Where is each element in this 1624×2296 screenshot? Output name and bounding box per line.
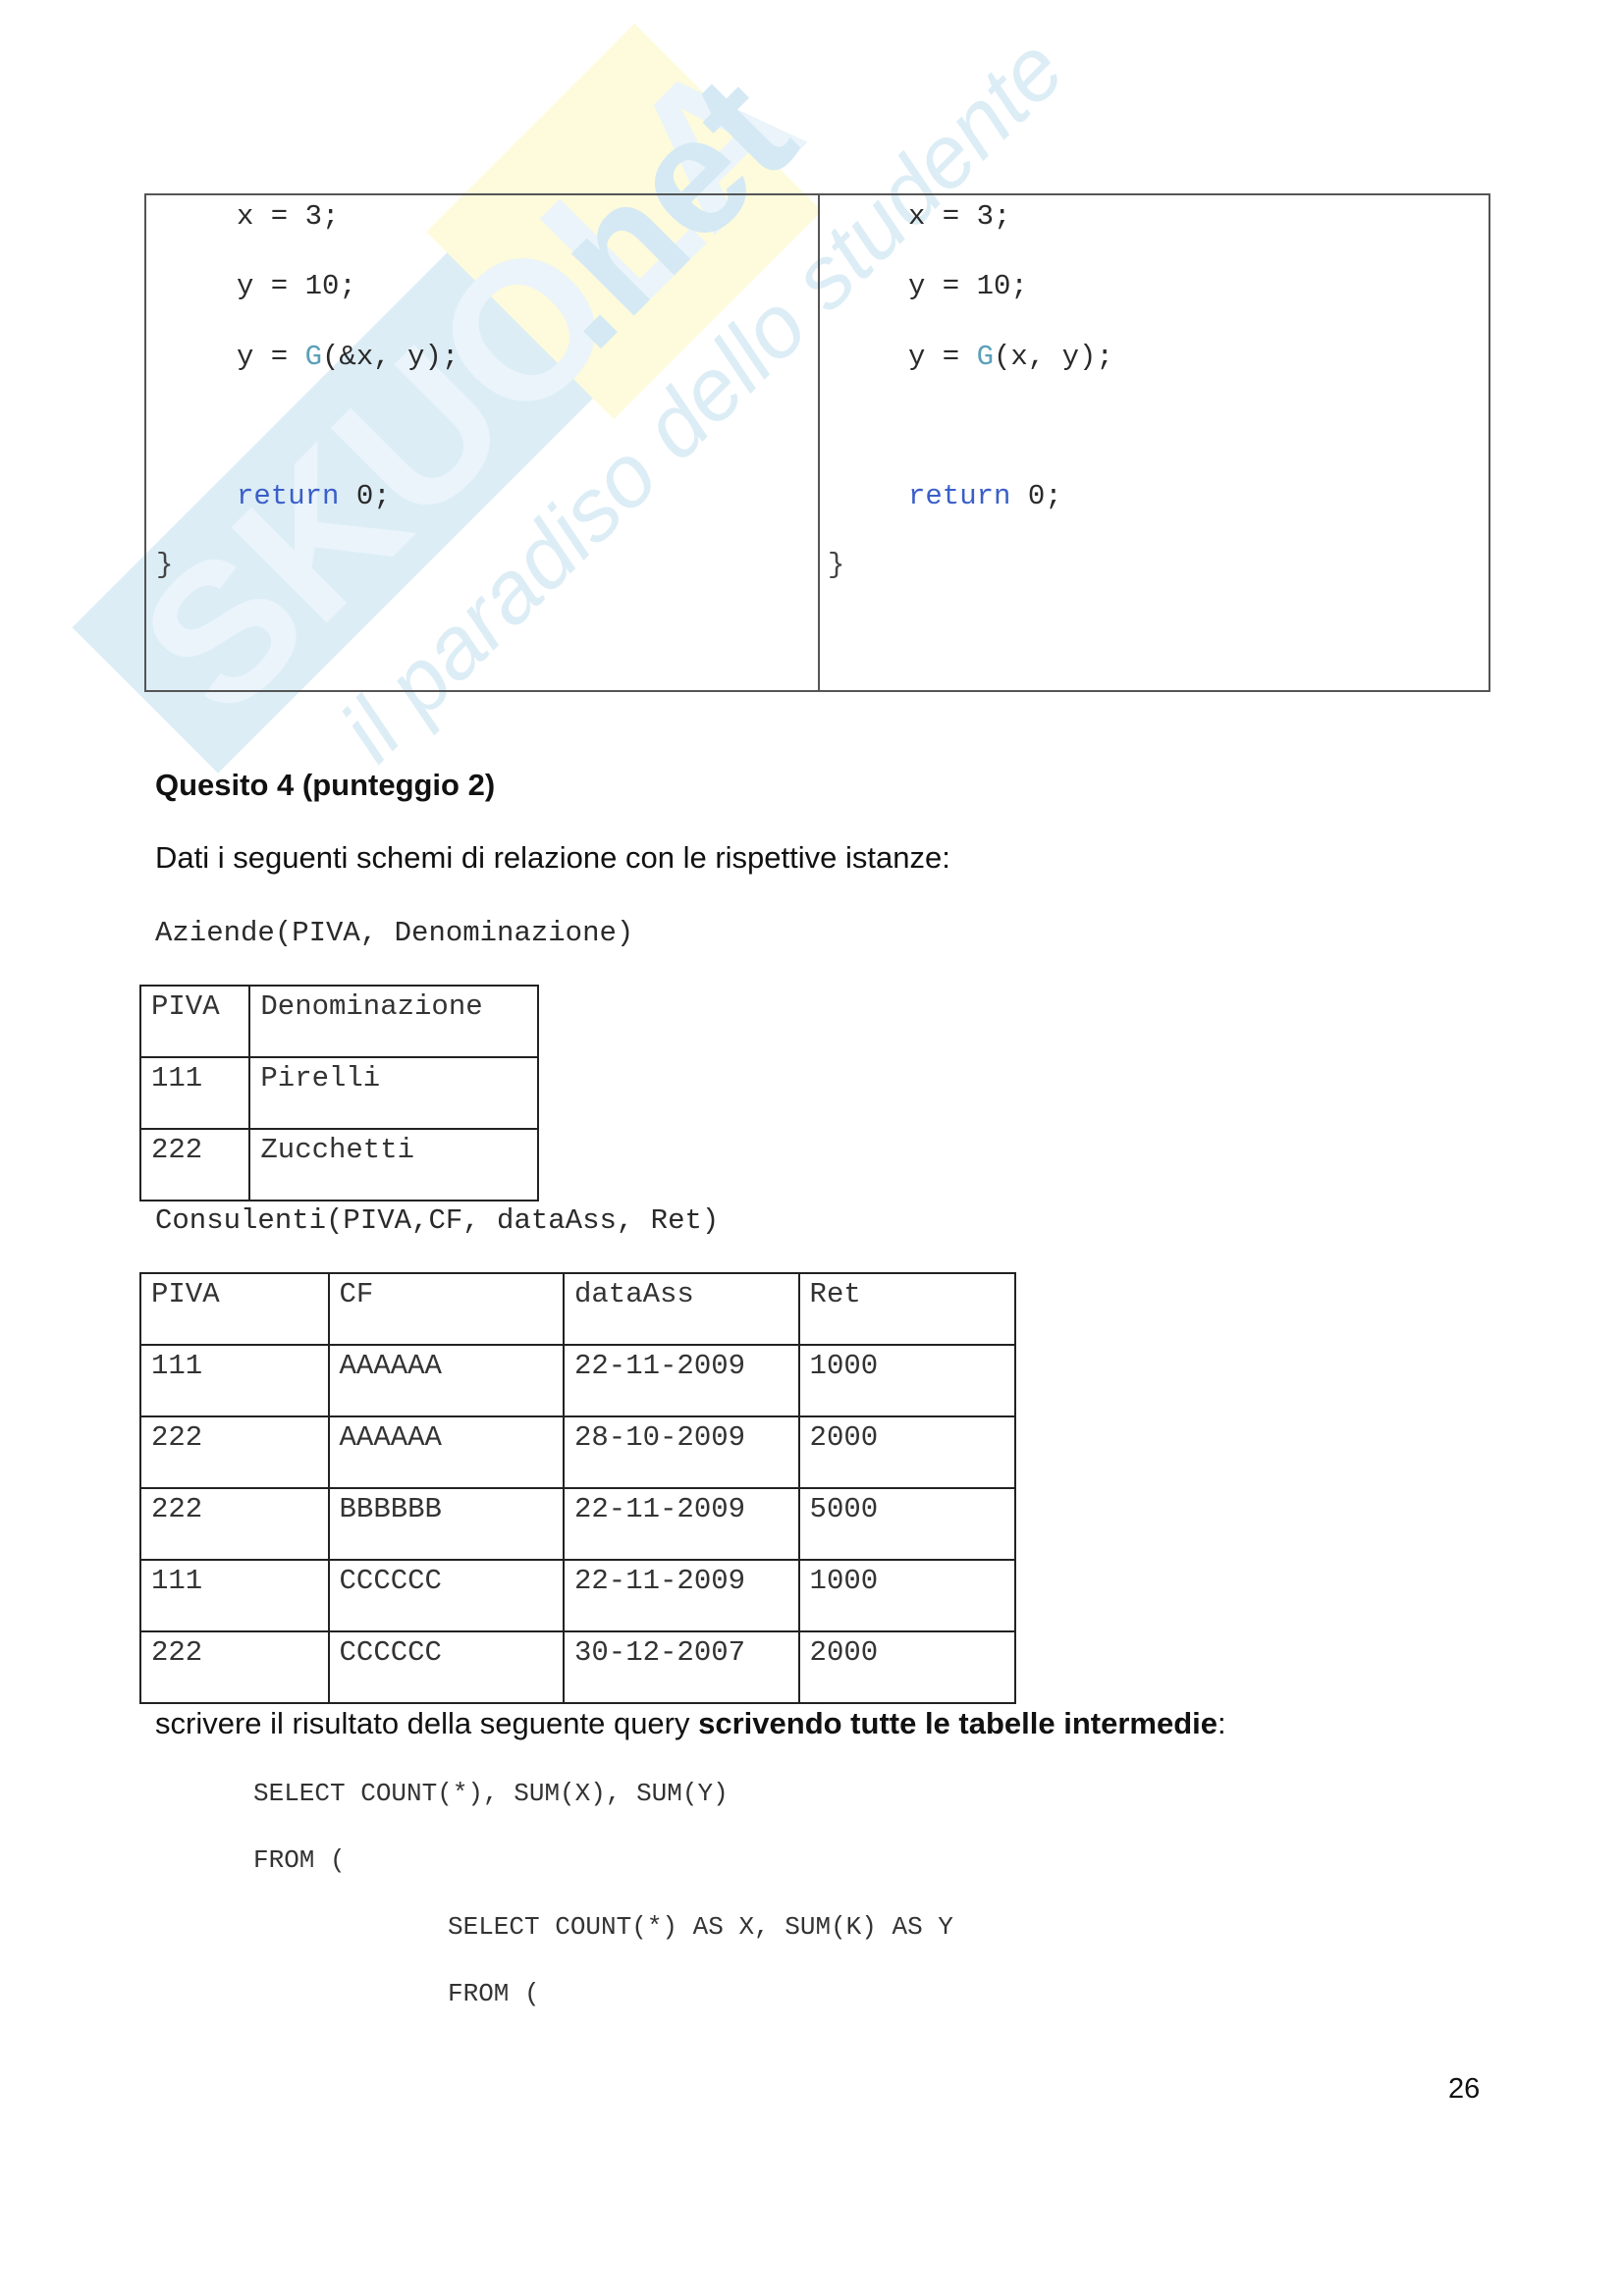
table-row: 111AAAAAA22-11-20091000	[140, 1345, 1015, 1416]
table-aziende: PIVADenominazione111Pirelli222Zucchetti	[139, 985, 539, 1201]
call-args: (x, y);	[994, 341, 1113, 373]
code-column-left: x = 3; y = 10; y = G(&x, y); return 0; }	[146, 195, 820, 690]
closing-brace: }	[156, 549, 173, 581]
table-cell: Pirelli	[249, 1057, 538, 1129]
table-row: 111CCCCCC22-11-20091000	[140, 1560, 1015, 1631]
table-row: 222Zucchetti	[140, 1129, 538, 1201]
table-cell: 222	[140, 1631, 329, 1703]
column-header: Denominazione	[249, 986, 538, 1057]
table-row: 222AAAAAA28-10-20092000	[140, 1416, 1015, 1488]
table-consulenti: PIVACFdataAssRet111AAAAAA22-11-200910002…	[139, 1272, 1016, 1704]
table-cell: 28-10-2009	[564, 1416, 799, 1488]
function-name: G	[977, 341, 994, 373]
table-cell: 22-11-2009	[564, 1345, 799, 1416]
table-cell: 5000	[799, 1488, 1015, 1560]
document-page: SKUOLA .net il paradiso dello studente x…	[0, 0, 1624, 2296]
table-cell: 111	[140, 1345, 329, 1416]
table-header-row: PIVADenominazione	[140, 986, 538, 1057]
table-header-row: PIVACFdataAssRet	[140, 1273, 1015, 1345]
call-args: (&x, y);	[322, 341, 459, 373]
code-line-call: y = G(x, y);	[908, 341, 1113, 373]
table-cell: CCCCCC	[329, 1560, 564, 1631]
code-line-return: return 0;	[908, 480, 1062, 512]
query-instruction: scrivere il risultato della seguente que…	[155, 1706, 1226, 1741]
sql-line: FROM (	[253, 1845, 346, 1875]
closing-brace: }	[828, 549, 844, 581]
table-cell: 30-12-2007	[564, 1631, 799, 1703]
keyword-return: return	[908, 480, 1010, 512]
code-line: y = 10;	[237, 270, 356, 302]
instruction-text: scrivere il risultato della seguente que…	[155, 1706, 698, 1740]
table-cell: 222	[140, 1416, 329, 1488]
question-title: Quesito 4 (punteggio 2)	[155, 768, 495, 803]
page-number: 26	[1448, 2073, 1480, 2106]
sql-line: SELECT COUNT(*) AS X, SUM(K) AS Y	[448, 1912, 953, 1942]
code-line: x = 3;	[237, 200, 339, 233]
table-cell: 2000	[799, 1416, 1015, 1488]
table-cell: AAAAAA	[329, 1345, 564, 1416]
keyword-return: return	[237, 480, 339, 512]
column-header: dataAss	[564, 1273, 799, 1345]
code-line: x = 3;	[908, 200, 1010, 233]
table-row: 222CCCCCC30-12-20072000	[140, 1631, 1015, 1703]
code-line-call: y = G(&x, y);	[237, 341, 459, 373]
table-cell: 222	[140, 1488, 329, 1560]
question-intro: Dati i seguenti schemi di relazione con …	[155, 840, 950, 876]
instruction-colon: :	[1218, 1706, 1226, 1740]
sql-line: FROM (	[448, 1979, 540, 2008]
return-value: 0;	[339, 480, 390, 512]
table-cell: CCCCCC	[329, 1631, 564, 1703]
table-cell: 111	[140, 1560, 329, 1631]
code-line-return: return 0;	[237, 480, 391, 512]
column-header: Ret	[799, 1273, 1015, 1345]
table-row: 222BBBBBB22-11-20095000	[140, 1488, 1015, 1560]
column-header: PIVA	[140, 1273, 329, 1345]
table-cell: 1000	[799, 1345, 1015, 1416]
schema-aziende: Aziende(PIVA, Denominazione)	[155, 917, 633, 949]
table-cell: 1000	[799, 1560, 1015, 1631]
return-value: 0;	[1010, 480, 1061, 512]
table-cell: BBBBBB	[329, 1488, 564, 1560]
code-comparison-table: x = 3; y = 10; y = G(&x, y); return 0; }…	[144, 193, 1490, 692]
table-cell: 22-11-2009	[564, 1488, 799, 1560]
code-column-right: x = 3; y = 10; y = G(x, y); return 0; }	[820, 195, 1490, 690]
instruction-emphasis: scrivendo tutte le tabelle intermedie	[698, 1706, 1218, 1740]
table-cell: Zucchetti	[249, 1129, 538, 1201]
table-cell: 2000	[799, 1631, 1015, 1703]
function-name: G	[305, 341, 322, 373]
column-header: PIVA	[140, 986, 249, 1057]
table-cell: AAAAAA	[329, 1416, 564, 1488]
table-cell: 111	[140, 1057, 249, 1129]
table-cell: 22-11-2009	[564, 1560, 799, 1631]
table-row: 111Pirelli	[140, 1057, 538, 1129]
sql-line: SELECT COUNT(*), SUM(X), SUM(Y)	[253, 1779, 729, 1808]
table-cell: 222	[140, 1129, 249, 1201]
schema-consulenti: Consulenti(PIVA,CF, dataAss, Ret)	[155, 1204, 719, 1237]
column-header: CF	[329, 1273, 564, 1345]
code-line: y = 10;	[908, 270, 1028, 302]
